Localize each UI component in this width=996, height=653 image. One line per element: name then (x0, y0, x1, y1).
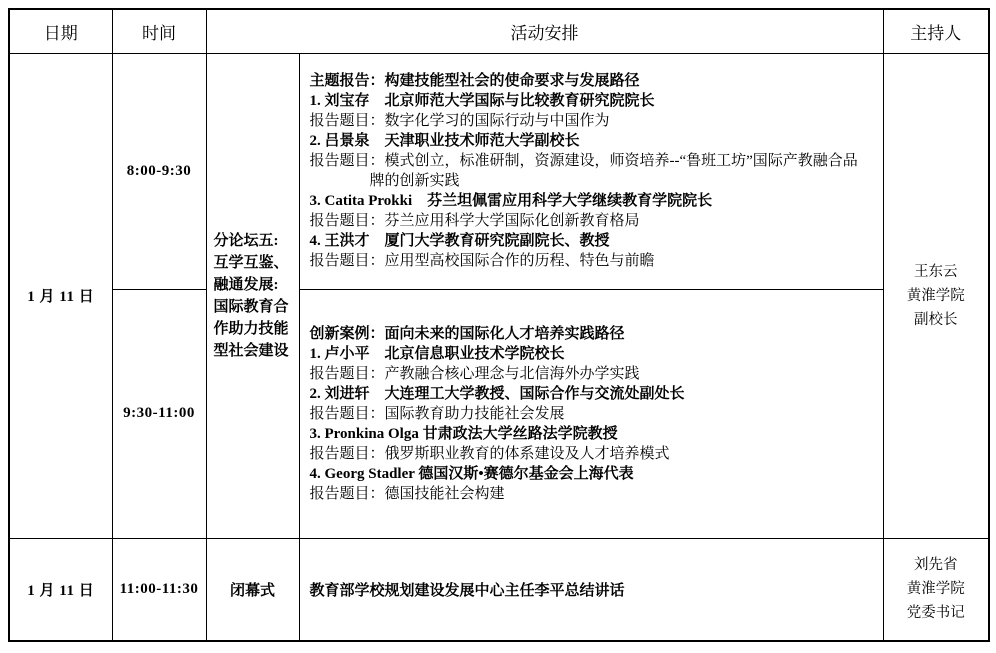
agenda-line: 4. 王洪才 厦门大学教育研究院副院长、教授 (310, 231, 873, 251)
session-time-second-cell: 9:30-11:00 (112, 289, 206, 538)
closing-content-cell: 教育部学校规划建设发展中心主任李平总结讲话 (299, 538, 883, 641)
closing-time-cell: 11:00-11:30 (112, 538, 206, 641)
agenda-line: 2. 吕景泉 天津职业技术师范大学副校长 (310, 131, 873, 151)
agenda-line: 报告题目：芬兰应用科学大学国际化创新教育格局 (310, 211, 873, 231)
agenda-line: 2. 刘进轩 大连理工大学教授、国际合作与交流处副处长 (310, 384, 873, 404)
agenda-line: 1. 卢小平 北京信息职业技术学院校长 (310, 344, 873, 364)
agenda-line: 报告题目：国际教育助力技能社会发展 (310, 404, 873, 424)
agenda-line: 报告题目：模式创立，标准研制，资源建设，师资培养--“鲁班工坊”国际产教融合品牌… (310, 151, 873, 191)
agenda-line: 1. 刘宝存 北京师范大学国际与比较教育研究院院长 (310, 91, 873, 111)
host-title: 副校长 (884, 308, 989, 332)
closing-row: 1 月 11 日 11:00-11:30 闭幕式 教育部学校规划建设发展中心主任… (9, 538, 989, 641)
agenda-block-keynotes: 主题报告：构建技能型社会的使命要求与发展路径 1. 刘宝存 北京师范大学国际与比… (299, 53, 883, 289)
header-activity: 活动安排 (206, 9, 883, 53)
agenda-line: 报告题目：俄罗斯职业教育的体系建设及人才培养模式 (310, 444, 873, 464)
schedule-table: 日期 时间 活动安排 主持人 1 月 11 日 8:00-9:30 分论坛五: … (8, 8, 990, 642)
header-date: 日期 (9, 9, 112, 53)
forum-title-cell: 分论坛五: 互学互鉴、 融通发展: 国际教育合 作助力技能 型社会建设 (206, 53, 299, 538)
session-time-first-cell: 8:00-9:30 (112, 53, 206, 289)
agenda-line: 4. Georg Stadler 德国汉斯•赛德尔基金会上海代表 (310, 464, 873, 484)
session-host-cell: 王东云 黄淮学院 副校长 (883, 53, 989, 538)
host-name: 王东云 (884, 260, 989, 284)
forum-title-line: 作助力技能 (214, 318, 299, 340)
header-row: 日期 时间 活动安排 主持人 (9, 9, 989, 53)
header-host: 主持人 (883, 9, 989, 53)
host-name: 刘先省 (884, 553, 989, 577)
forum-title-line: 融通发展: (214, 274, 299, 296)
forum-title-line: 国际教育合 (214, 296, 299, 318)
agenda-line: 3. Catita Prokki 芬兰坦佩雷应用科学大学继续教育学院院长 (310, 191, 873, 211)
closing-date-cell: 1 月 11 日 (9, 538, 112, 641)
agenda-line: 报告题目：应用型高校国际合作的历程、特色与前瞻 (310, 251, 873, 271)
agenda-line: 报告题目：数字化学习的国际行动与中国作为 (310, 111, 873, 131)
forum-title-line: 互学互鉴、 (214, 252, 299, 274)
closing-label-cell: 闭幕式 (206, 538, 299, 641)
agenda-line: 创新案例：面向未来的国际化人才培养实践路径 (310, 324, 873, 344)
closing-content-line: 教育部学校规划建设发展中心主任李平总结讲话 (310, 579, 873, 600)
session-date-cell: 1 月 11 日 (9, 53, 112, 538)
session-row-late-morning: 9:30-11:00 创新案例：面向未来的国际化人才培养实践路径 1. 卢小平 … (9, 289, 989, 538)
host-affiliation: 黄淮学院 (884, 284, 989, 308)
forum-title-line: 型社会建设 (214, 340, 299, 362)
agenda-line: 报告题目：产教融合核心理念与北信海外办学实践 (310, 364, 873, 384)
schedule-page: 日期 时间 活动安排 主持人 1 月 11 日 8:00-9:30 分论坛五: … (0, 0, 996, 653)
session-row-morning: 1 月 11 日 8:00-9:30 分论坛五: 互学互鉴、 融通发展: 国际教… (9, 53, 989, 289)
forum-title-line: 分论坛五: (214, 230, 299, 252)
agenda-line: 主题报告：构建技能型社会的使命要求与发展路径 (310, 71, 873, 91)
agenda-block-cases: 创新案例：面向未来的国际化人才培养实践路径 1. 卢小平 北京信息职业技术学院校… (299, 289, 883, 538)
closing-host-cell: 刘先省 黄淮学院 党委书记 (883, 538, 989, 641)
host-affiliation: 黄淮学院 (884, 577, 989, 601)
agenda-line: 3. Pronkina Olga 甘肃政法大学丝路法学院教授 (310, 424, 873, 444)
header-time: 时间 (112, 9, 206, 53)
agenda-line: 报告题目：德国技能社会构建 (310, 484, 873, 504)
host-title: 党委书记 (884, 601, 989, 625)
